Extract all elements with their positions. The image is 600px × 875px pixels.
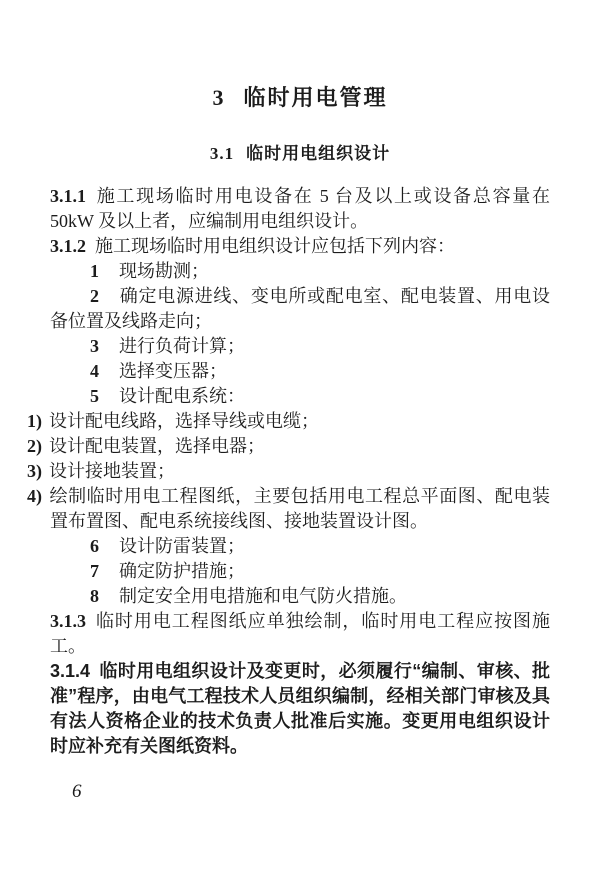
sub-item-text: 设计接地装置； [49, 461, 175, 481]
sub-list-item-2: 2)设计配电装置，选择电器； [50, 434, 550, 459]
section-heading: 3.1临时用电组织设计 [50, 142, 550, 166]
list-item-5: 5设计配电系统： [50, 384, 550, 409]
sub-item-text: 设计配电装置，选择电器； [49, 436, 265, 456]
sub-item-number: 1) [27, 411, 42, 431]
list-item-number: 2 [90, 286, 99, 306]
list-item-text: 确定电源进线、变电所或配电室、配电装置、用电设备位置及线路走向； [50, 286, 550, 331]
sub-item-text: 绘制临时用电工程图纸，主要包括用电工程总平面图、配电装置布置图、配电系统接线图、… [49, 486, 550, 531]
clause-number: 3.1.4 [50, 661, 90, 681]
list-item-text: 确定防护措施； [119, 561, 245, 581]
list-item-text: 制定安全用电措施和电气防火措施。 [119, 586, 407, 606]
clause-3-1-1: 3.1.1施工现场临时用电设备在 5 台及以上或设备总容量在 50kW 及以上者… [50, 184, 550, 234]
list-item-number: 7 [90, 561, 99, 581]
section-number: 3.1 [210, 144, 234, 163]
sub-list-item-4: 4)绘制临时用电工程图纸，主要包括用电工程总平面图、配电装置布置图、配电系统接线… [50, 484, 550, 534]
clause-3-1-3: 3.1.3临时用电工程图纸应单独绘制，临时用电工程应按图施工。 [50, 609, 550, 659]
list-item-text: 设计配电系统： [119, 386, 245, 406]
clause-number: 3.1.3 [50, 611, 86, 631]
list-item-number: 4 [90, 361, 99, 381]
list-item-3: 3进行负荷计算； [50, 334, 550, 359]
sub-item-number: 2) [27, 436, 42, 456]
clause-number: 3.1.2 [50, 236, 86, 256]
clause-text: 临时用电工程图纸应单独绘制，临时用电工程应按图施工。 [50, 611, 550, 656]
list-item-text: 选择变压器； [119, 361, 227, 381]
chapter-title-text: 临时用电管理 [243, 85, 387, 110]
list-item-number: 3 [90, 336, 99, 356]
list-item-2: 2确定电源进线、变电所或配电室、配电装置、用电设备位置及线路走向； [50, 284, 550, 334]
section-title-text: 临时用电组织设计 [246, 144, 390, 163]
clause-3-1-2: 3.1.2施工现场临时用电组织设计应包括下列内容： [50, 234, 550, 259]
list-item-number: 8 [90, 586, 99, 606]
sub-list-item-3: 3)设计接地装置； [50, 459, 550, 484]
list-item-7: 7确定防护措施； [50, 559, 550, 584]
list-item-text: 现场勘测； [119, 261, 209, 281]
page-content: 3临时用电管理 3.1临时用电组织设计 3.1.1施工现场临时用电设备在 5 台… [50, 0, 550, 803]
chapter-number: 3 [212, 85, 225, 110]
sub-item-number: 4) [27, 486, 42, 506]
list-item-4: 4选择变压器； [50, 359, 550, 384]
list-item-text: 进行负荷计算； [119, 336, 245, 356]
list-item-8: 8制定安全用电措施和电气防火措施。 [50, 584, 550, 609]
page-number: 6 [72, 781, 550, 803]
sub-item-number: 3) [27, 461, 42, 481]
clause-number: 3.1.1 [50, 186, 86, 206]
clause-text: 施工现场临时用电组织设计应包括下列内容： [95, 236, 455, 256]
list-item-number: 6 [90, 536, 99, 556]
list-item-1: 1现场勘测； [50, 259, 550, 284]
clause-3-1-4: 3.1.4临时用电组织设计及变更时，必须履行“编制、审核、批准”程序，由电气工程… [50, 659, 550, 759]
list-item-number: 1 [90, 261, 99, 281]
sub-list-item-1: 1)设计配电线路，选择导线或电缆； [50, 409, 550, 434]
document-page: 3临时用电管理 3.1临时用电组织设计 3.1.1施工现场临时用电设备在 5 台… [0, 0, 600, 875]
clause-text: 临时用电组织设计及变更时，必须履行“编制、审核、批准”程序，由电气工程技术人员组… [50, 661, 550, 756]
sub-item-text: 设计配电线路，选择导线或电缆； [49, 411, 319, 431]
list-item-number: 5 [90, 386, 99, 406]
body-text: 3.1.1施工现场临时用电设备在 5 台及以上或设备总容量在 50kW 及以上者… [50, 184, 550, 759]
chapter-title: 3临时用电管理 [50, 84, 550, 112]
list-item-6: 6设计防雷装置； [50, 534, 550, 559]
list-item-text: 设计防雷装置； [119, 536, 245, 556]
clause-text: 施工现场临时用电设备在 5 台及以上或设备总容量在 50kW 及以上者，应编制用… [50, 186, 550, 231]
